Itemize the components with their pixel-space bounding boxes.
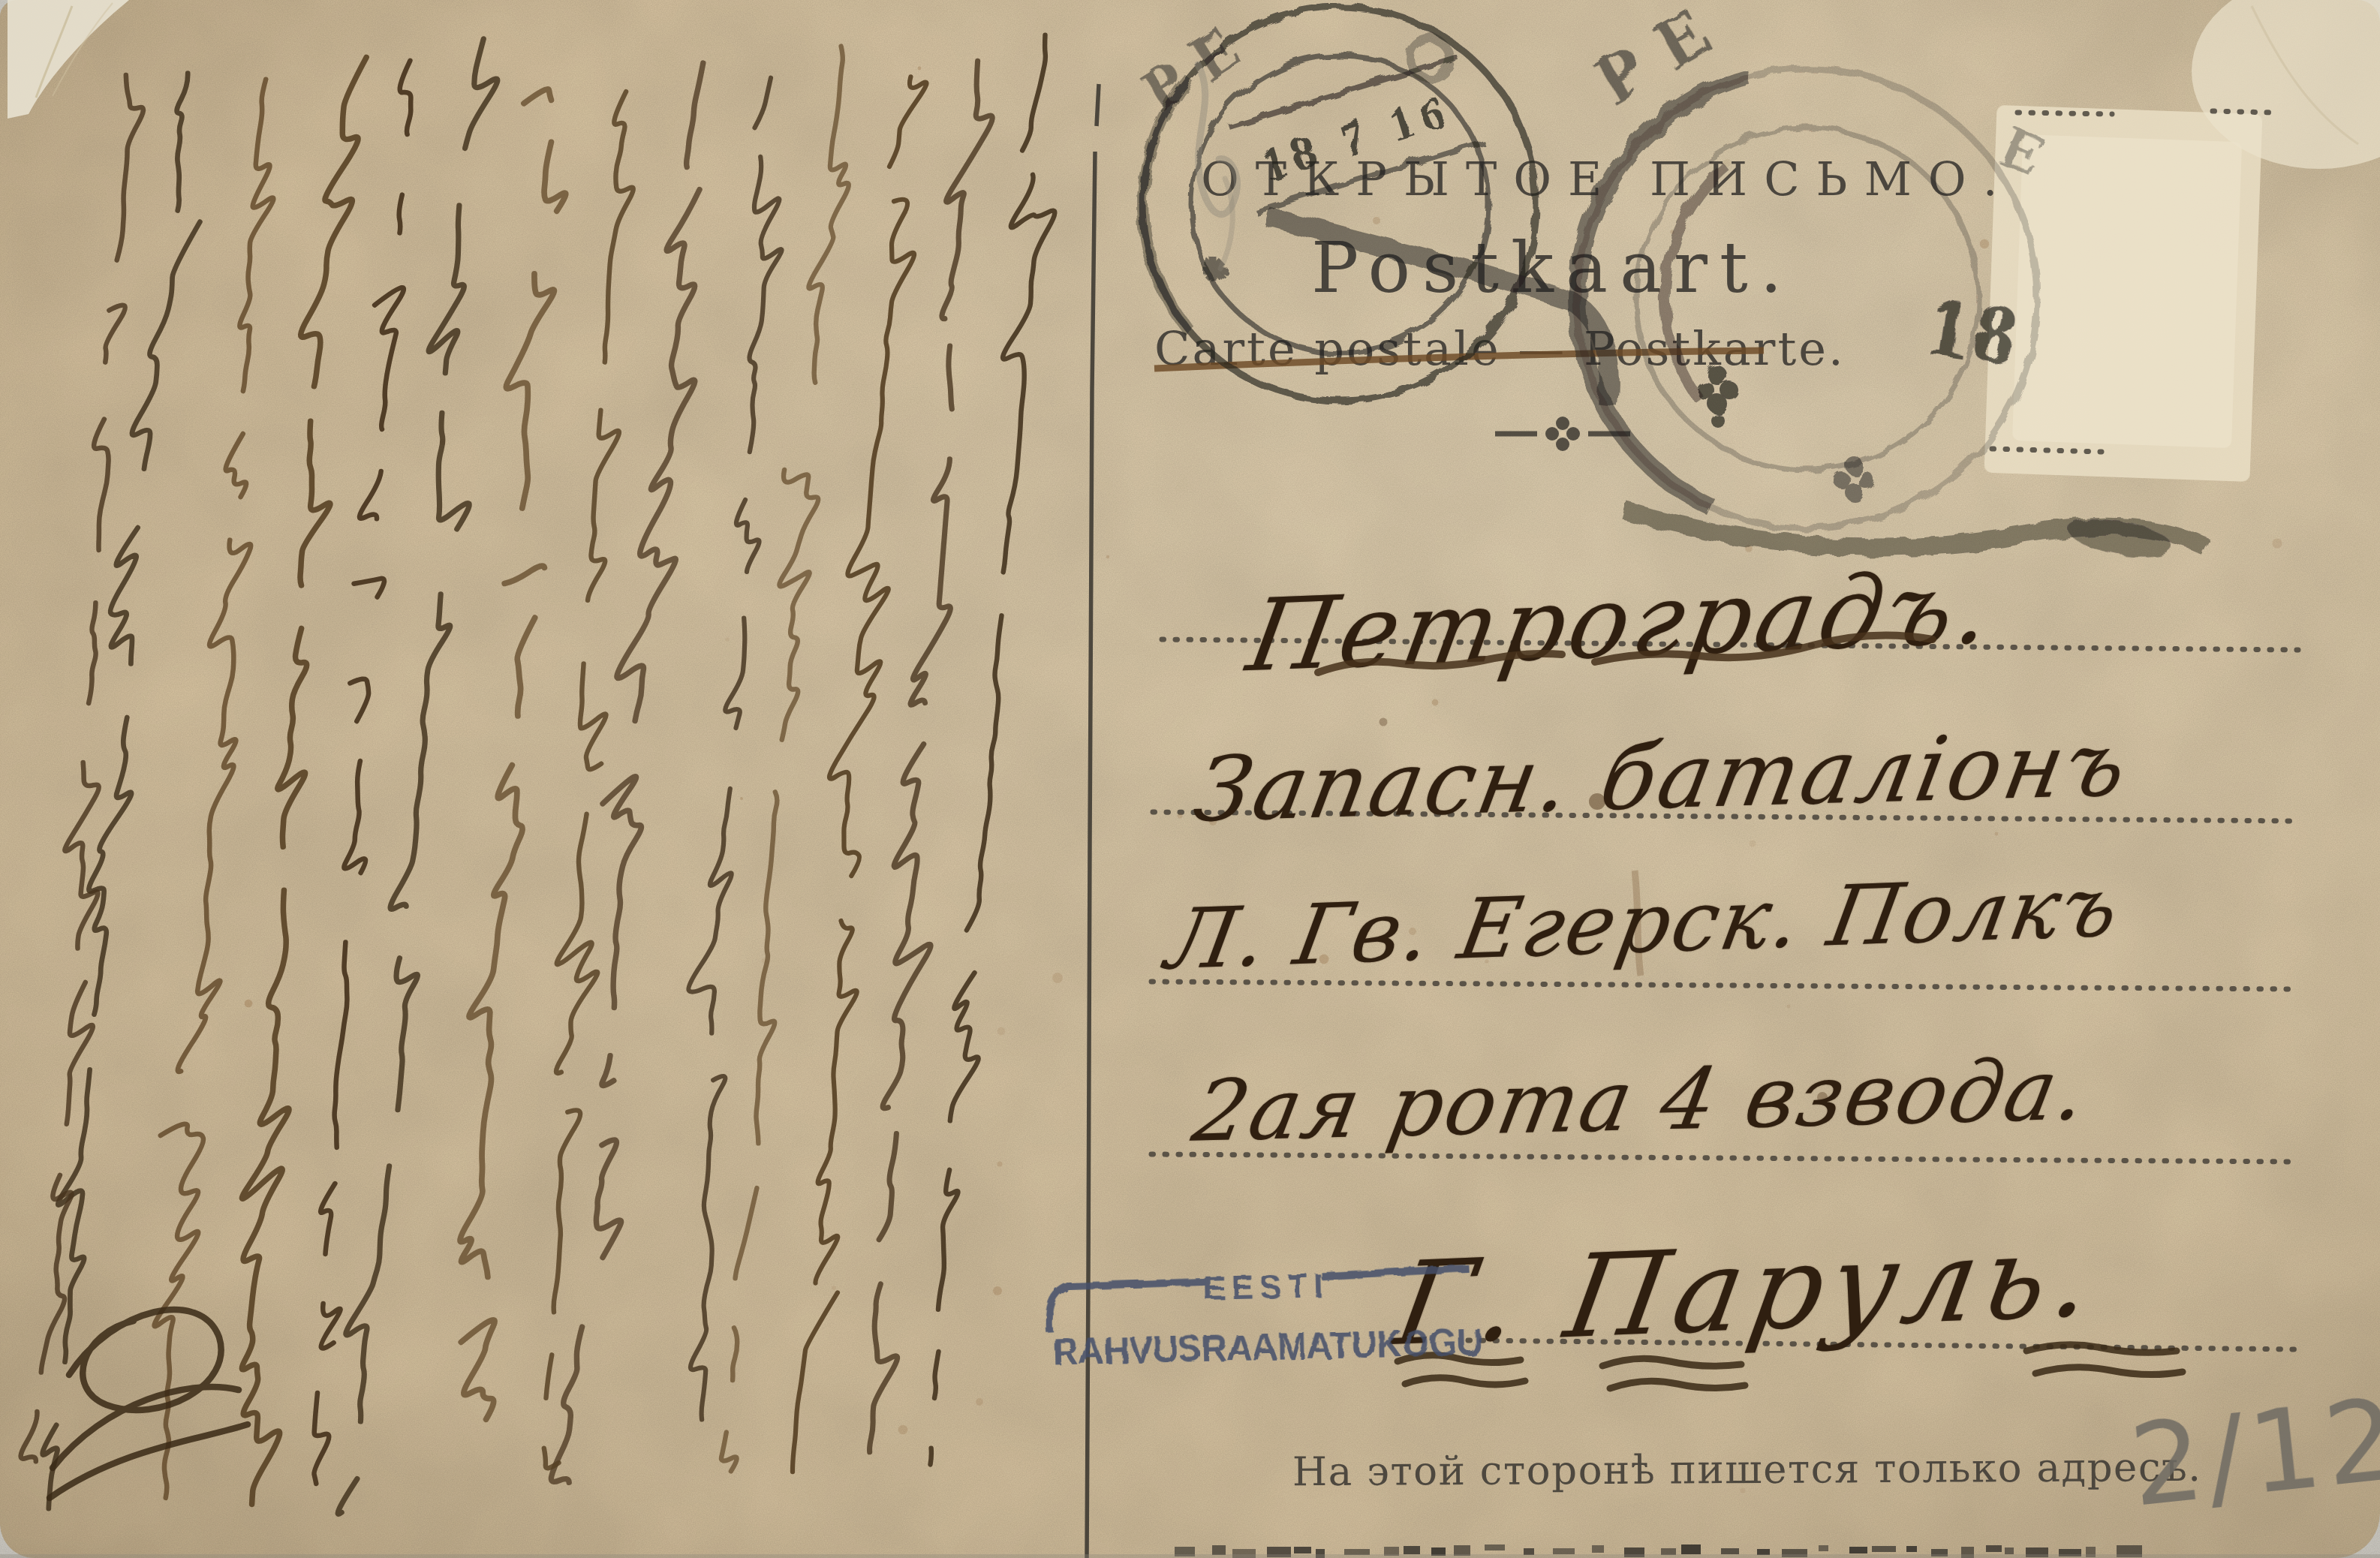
handwriting-line — [460, 89, 566, 1419]
scan-edge-hairline — [0, 1554, 2380, 1558]
postmark-center-date: 18 7 16 — [1254, 83, 1458, 191]
handwriting-line — [338, 39, 498, 1514]
edge-fragment — [1661, 1548, 1676, 1555]
library-stamp: EESTI RAHVUSRAAMATUKOGU — [1048, 1265, 1482, 1373]
edge-fragment — [1212, 1545, 1226, 1555]
city-underline — [1318, 636, 1933, 672]
edge-fragment — [2005, 1547, 2014, 1554]
handwriting-line — [242, 57, 366, 1504]
library-stamp-left-bar — [1048, 1282, 1210, 1332]
edge-fragment — [1986, 1545, 2002, 1552]
pencil-squiggle — [1198, 65, 1237, 269]
postmark-right-date: 18 — [1921, 277, 2028, 384]
postmark-right-letters: PE — [1581, 0, 1746, 119]
handwriting-line — [931, 35, 1055, 1465]
edge-fragment — [1681, 1544, 1701, 1554]
edge-fragment — [1592, 1545, 1604, 1553]
edge-fragment — [1819, 1545, 1828, 1551]
signature-flourish — [50, 1310, 248, 1498]
edge-fragment — [1404, 1546, 1420, 1554]
corner-chip — [8, 0, 129, 119]
edge-fragment — [1524, 1548, 1534, 1555]
edge-fragment — [1849, 1547, 1867, 1553]
edge-fragment — [1485, 1544, 1505, 1550]
edge-fragment — [1553, 1548, 1575, 1554]
recipient-underline — [1398, 1345, 2183, 1388]
postmark-right: PE E 18 — [1578, 0, 2205, 564]
edge-fragment — [1872, 1546, 1896, 1552]
handwriting-line — [551, 63, 703, 1482]
postmark-right-star — [1834, 456, 1874, 501]
decor-over: PE 18 7 16 PE E 18 — [0, 0, 2380, 1558]
postmark-clover-blob — [1696, 365, 1738, 427]
postcard-scan: ОТКРЫТОЕ ПИСЬМО. Postkaart. Carte postal… — [0, 0, 2380, 1558]
edge-fragment — [1757, 1549, 1770, 1555]
edge-fragment — [1344, 1549, 1370, 1555]
handwriting-line — [870, 61, 993, 1451]
edge-fragment — [1721, 1548, 1739, 1554]
library-stamp-line1: EESTI — [1203, 1268, 1329, 1307]
handwriting-line — [688, 78, 781, 1420]
handwriting-line — [544, 92, 633, 1468]
edge-fragment — [1454, 1545, 1470, 1556]
edge-fragment — [1906, 1546, 1917, 1552]
handwritten-message — [21, 35, 1055, 1514]
library-stamp-line2: RAHVUSRAAMATUKOGU — [1052, 1322, 1482, 1373]
edge-fragment — [1294, 1547, 1311, 1553]
pencil-number: 2/12 — [2125, 1374, 2380, 1532]
library-stamp-right-bar — [1322, 1268, 1469, 1276]
